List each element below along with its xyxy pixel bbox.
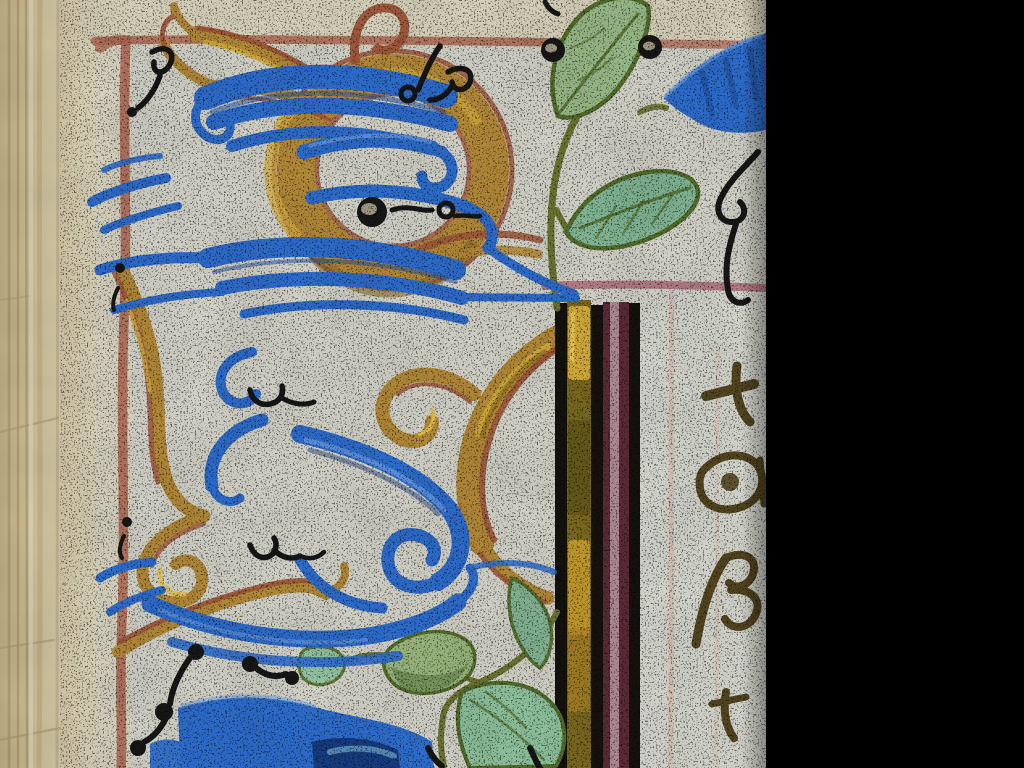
manuscript-photo — [0, 0, 1024, 768]
black-letterbox-band — [766, 0, 1024, 768]
bar-black-mid — [591, 305, 603, 768]
book-edge — [0, 0, 95, 768]
bar-maroon-highlight — [610, 302, 619, 768]
bar-border — [555, 300, 640, 768]
manuscript-art — [0, 0, 1024, 768]
script-blotch — [721, 473, 739, 491]
bar-black-right — [629, 303, 640, 768]
bar-black-left — [555, 303, 567, 768]
frame-line-faint-vertical — [670, 293, 672, 768]
frame-line-left — [121, 40, 126, 768]
frame-line-mid-right — [545, 285, 766, 288]
